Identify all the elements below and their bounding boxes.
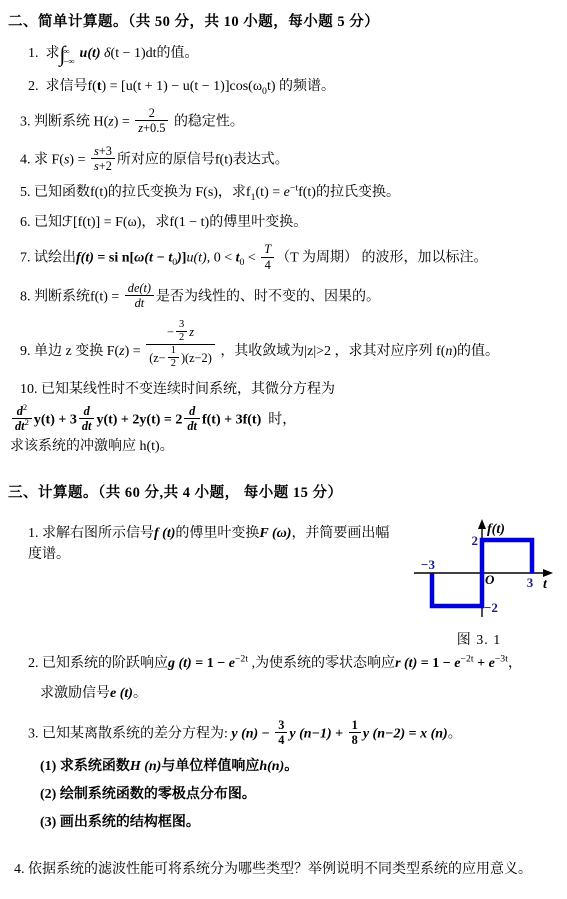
text: 2. 求信号f( xyxy=(28,79,97,94)
math-italic: T xyxy=(264,242,271,256)
denominator: 4 xyxy=(261,258,274,272)
fraction: 2z+0.5 xyxy=(135,106,168,135)
text: 。 xyxy=(448,726,462,741)
math-bold-italic: u(t) xyxy=(80,46,101,61)
math-bold-italic: e (t) xyxy=(110,686,133,701)
numerator: 3 xyxy=(176,319,187,332)
numerator: T xyxy=(261,242,274,257)
superscript: 2 xyxy=(23,402,27,412)
text: 4. 依据系统的滤波性能可将系统分为哪些类型？举例说明不同类型系统的应用意义。 xyxy=(14,862,532,877)
denominator: s+2 xyxy=(91,159,115,173)
text: 1 xyxy=(171,345,176,356)
text: )(z−2) xyxy=(181,351,212,365)
math-bold-italic: y (n−1) xyxy=(289,726,331,741)
y-axis-arrow-icon xyxy=(478,519,486,529)
text: ， xyxy=(508,656,522,671)
text: 与单位样值响应 xyxy=(161,759,259,774)
numerator: −32z xyxy=(146,319,215,345)
fraction: de(t)dt xyxy=(125,281,154,310)
ylabel: f(t) xyxy=(487,522,505,537)
math-bold-italic: F (ω) xyxy=(259,526,291,541)
math-bold: (3) xyxy=(40,815,56,830)
math-bold-italic: r (t) xyxy=(395,656,417,671)
integral-lower-limit: −∞ xyxy=(63,56,74,66)
text: , 0 < xyxy=(207,251,236,266)
integral: ∫∞−∞ xyxy=(60,43,78,67)
numerator: 2 xyxy=(135,106,168,121)
fraction: −32z(z−12)(z−2) xyxy=(146,319,215,370)
text: 是否为线性的、时不变的、因果的。 xyxy=(156,289,380,304)
text: − xyxy=(167,325,174,339)
text: 7. 试绘出 xyxy=(20,251,76,266)
math-bold-italic: y (n) xyxy=(231,726,258,741)
math-bold: (1) xyxy=(40,759,56,774)
fraction: d2dt2 xyxy=(12,404,32,433)
question-2-6: 6. 已知ℱ[f(t)] = F(ω)，求f(1 − t)的傅里叶变换。 xyxy=(8,212,557,233)
integral-upper-limit: ∞ xyxy=(63,46,74,56)
denominator: dt xyxy=(125,296,154,310)
denominator: 2 xyxy=(176,332,187,344)
fraction: ddt xyxy=(79,404,95,433)
math-bold: + xyxy=(332,726,347,741)
text: f(t)的拉氏变换。 xyxy=(298,185,400,200)
text: (z− xyxy=(149,351,166,365)
math-italic: dt xyxy=(135,296,145,310)
text: 2. 已知系统的阶跃响应 xyxy=(28,656,168,671)
text: 。 xyxy=(133,686,147,701)
text: t) 的频谱。 xyxy=(267,79,335,94)
text: 的傅里叶变换 xyxy=(175,526,259,541)
text: 9. 单边 z 变换 F( xyxy=(20,344,119,359)
math-bold-italic: dt xyxy=(82,419,92,433)
fraction: 34 xyxy=(275,718,287,747)
numerator: 1 xyxy=(349,718,361,733)
text: 画出系统的结构框图。 xyxy=(56,815,200,830)
question-2-8: 8. 判断系统f(t) = de(t)dt是否为线性的、时不变的、因果的。 xyxy=(8,281,557,310)
denominator: dt xyxy=(184,419,200,433)
text: 3. 判断系统 H( xyxy=(20,114,108,129)
exam-page: 二、简单计算题。（共 50 分，共 10 小题，每小题 5 分） 1. 求∫∞−… xyxy=(0,0,567,899)
fraction: 18 xyxy=(349,718,361,747)
question-2-7: 7. 试绘出f(t) = si n[ω(t − t0)]u(t), 0 < t0… xyxy=(8,242,557,271)
fraction: 12 xyxy=(168,345,179,370)
origin-label: O xyxy=(485,572,495,587)
math-bold: 1 xyxy=(352,718,358,732)
question-2-3: 3. 判断系统 H(z) = 2z+0.5 的稳定性。 xyxy=(8,106,557,135)
math-bold: y(t) + 2y(t) = 2 xyxy=(96,413,182,428)
text: 绘制系统函数的零极点分布图。 xyxy=(56,787,256,802)
question-2-1: 1. 求∫∞−∞u(t) δ(t − 1)dt的值。 xyxy=(8,43,557,67)
text: 5. 已知函数f(t)的拉氏变换为 F(s)，求f xyxy=(20,185,251,200)
text: 6. 已知ℱ[f(t)] = F(ω)，求f(1 − t)的傅里叶变换。 xyxy=(20,215,307,230)
integral-limits: ∞−∞ xyxy=(63,46,74,67)
text: < xyxy=(244,251,259,266)
figure-3-1: f(t) t O 2 −2 −3 3 图 3. 1 xyxy=(403,518,555,649)
math-bold-italic: d xyxy=(189,404,195,418)
denominator: 2 xyxy=(168,358,179,370)
question-2-10-equation: d2dt2y(t) + 3ddty(t) + 2y(t) = 2ddtf(t) … xyxy=(8,404,557,433)
text: ) = xyxy=(125,344,145,359)
figure-row: f(t) t O 2 −2 −3 3 图 3. 1 1. 求解右图所示信号f (… xyxy=(8,514,557,649)
text: 2 xyxy=(149,106,155,120)
text: 3. 已知某离散系统的差分方程为: xyxy=(28,726,231,741)
fraction: T4 xyxy=(261,242,274,271)
math-bold: f(t) + 3f(t) xyxy=(202,413,261,428)
math-bold: 3 xyxy=(278,718,284,732)
section3-title: 三、计算题。（共 60 分,共 4 小题， 每小题 15 分） xyxy=(8,481,557,502)
text: 4 xyxy=(265,258,271,272)
math-bold: (2) xyxy=(40,787,56,802)
math-bold-italic: g (t) xyxy=(168,656,192,671)
text: 2 xyxy=(179,332,184,343)
text: 3 xyxy=(179,319,184,330)
numerator: de(t) xyxy=(125,281,154,296)
math-bold-italic: f (t) xyxy=(154,526,175,541)
text: 的稳定性。 xyxy=(170,114,244,129)
question-3-3: 3. 已知某离散系统的差分方程为: y (n) − 34y (n−1) + 18… xyxy=(8,718,557,747)
superscript: −t xyxy=(290,183,298,194)
math-bold-italic: h(n) xyxy=(259,759,284,774)
superscript: 2 xyxy=(25,417,29,427)
denominator: dt xyxy=(79,419,95,433)
text: （T 为周期） 的波形，加以标注。 xyxy=(276,251,487,266)
superscript: −2t xyxy=(460,653,473,664)
text: (t − 1)dt xyxy=(111,46,157,61)
math-bold-italic: dt xyxy=(15,419,25,433)
text: 2 xyxy=(171,358,176,369)
math-bold-italic: d xyxy=(84,404,90,418)
text: 的值。 xyxy=(157,46,199,61)
text: 1. 求解右图所示信号 xyxy=(28,526,154,541)
xlabel: t xyxy=(543,577,548,592)
figure-caption: 图 3. 1 xyxy=(403,629,555,649)
denominator: 8 xyxy=(349,733,361,747)
x-left-label: −3 xyxy=(421,557,435,572)
text: 8. 判断系统f(t) = xyxy=(20,289,123,304)
math-bold: y(t) + 3 xyxy=(34,413,77,428)
math-bold: + xyxy=(474,656,489,671)
math-bold: = xyxy=(405,726,420,741)
question-2-10-ask: 求该系统的冲激响应 h(t)。 xyxy=(8,436,557,457)
math-bold-italic: x (n) xyxy=(420,726,448,741)
math-italic: z xyxy=(189,325,194,339)
question-2-4: 4. 求 F(s) = s+3s+2所对应的原信号f(t)表达式。 xyxy=(8,144,557,173)
text: ，其收敛域为|z|>2 ，求其对应序列 f( xyxy=(217,344,446,359)
text: (t) = xyxy=(256,185,284,200)
math-bold-italic: f(t) xyxy=(76,251,94,266)
text: +0.5 xyxy=(143,121,165,135)
text: ,为使系统的零状态响应 xyxy=(248,656,395,671)
math-bold: 8 xyxy=(352,733,358,747)
text: 1. 求 xyxy=(28,46,60,61)
text: 求系统函数 xyxy=(56,759,130,774)
question-3-3-sub2: (2) 绘制系统函数的零极点分布图。 xyxy=(8,784,557,805)
question-3-2-line2: 求激励信号e (t)。 xyxy=(8,683,557,704)
text: )的值。 xyxy=(452,344,499,359)
x-axis-arrow-icon xyxy=(543,569,553,577)
superscript: −2t xyxy=(235,653,248,664)
text: 4. 求 F( xyxy=(20,153,64,168)
x-right-label: 3 xyxy=(527,575,534,590)
text: ) = [u(t + 1) − u(t − 1)]cos(ω xyxy=(102,79,263,94)
question-2-2: 2. 求信号f(t) = [u(t + 1) − u(t − 1)]cos(ω0… xyxy=(8,76,557,97)
superscript: −3t xyxy=(495,653,508,664)
text: 求该系统的冲激响应 h(t)。 xyxy=(10,439,174,454)
question-3-2-line1: 2. 已知系统的阶跃响应g (t) = 1 − e−2t ,为使系统的零状态响应… xyxy=(8,653,557,674)
question-3-3-sub1: (1) 求系统函数H (n)与单位样值响应h(n)。 xyxy=(8,756,557,777)
math-bold-italic: y (n−2) xyxy=(363,726,405,741)
question-2-10-intro: 10. 已知某线性时不变连续时间系统，其微分方程为 xyxy=(8,379,557,400)
text: 求激励信号 xyxy=(40,686,110,701)
math-bold: = 1 − xyxy=(192,656,229,671)
math-bold: 4 xyxy=(278,733,284,747)
waveform-figure: f(t) t O 2 −2 −3 3 xyxy=(404,518,554,622)
question-2-5: 5. 已知函数f(t)的拉氏变换为 F(s)，求f1(t) = e−tf(t)的… xyxy=(8,182,557,203)
math-italic: δ xyxy=(101,46,111,61)
text: +3 xyxy=(99,144,112,158)
text: +2 xyxy=(99,159,112,173)
question-3-4: 4. 依据系统的滤波性能可将系统分为哪些类型？举例说明不同类型系统的应用意义。 xyxy=(8,859,557,880)
fraction: 32 xyxy=(176,319,187,344)
numerator: d xyxy=(184,404,200,419)
math-bold-italic: H (n) xyxy=(130,759,162,774)
question-2-9: 9. 单边 z 变换 F(z) = −32z(z−12)(z−2) ，其收敛域为… xyxy=(8,319,557,370)
section2-title: 二、简单计算题。（共 50 分，共 10 小题，每小题 5 分） xyxy=(8,10,557,31)
denominator: (z−12)(z−2) xyxy=(146,345,215,370)
text: 10. 已知某线性时不变连续时间系统，其微分方程为 xyxy=(20,382,335,397)
math-bold-italic: dt xyxy=(187,419,197,433)
text: 所对应的原信号f(t)表达式。 xyxy=(117,153,289,168)
numerator: 3 xyxy=(275,718,287,733)
numerator: d2 xyxy=(12,404,32,419)
text: ) = xyxy=(114,114,134,129)
y-top-label: 2 xyxy=(472,533,479,548)
math-bold: − xyxy=(258,726,273,741)
denominator: dt2 xyxy=(12,419,32,433)
math-bold-italic: ω(t − t xyxy=(134,251,172,266)
fraction: s+3s+2 xyxy=(91,144,115,173)
text: 时， xyxy=(261,413,296,428)
text: 。 xyxy=(284,759,298,774)
numerator: s+3 xyxy=(91,144,115,159)
math-italic: de(t) xyxy=(128,281,151,295)
text: ) = xyxy=(69,153,89,168)
math-bold: = 1 − xyxy=(417,656,454,671)
numerator: 1 xyxy=(168,345,179,358)
fraction: ddt xyxy=(184,404,200,433)
math-italic: u(t) xyxy=(186,251,206,266)
denominator: z+0.5 xyxy=(135,121,168,135)
math-bold: = si n[ xyxy=(94,251,134,266)
denominator: 4 xyxy=(275,733,287,747)
numerator: d xyxy=(79,404,95,419)
y-bottom-label: −2 xyxy=(484,600,498,615)
